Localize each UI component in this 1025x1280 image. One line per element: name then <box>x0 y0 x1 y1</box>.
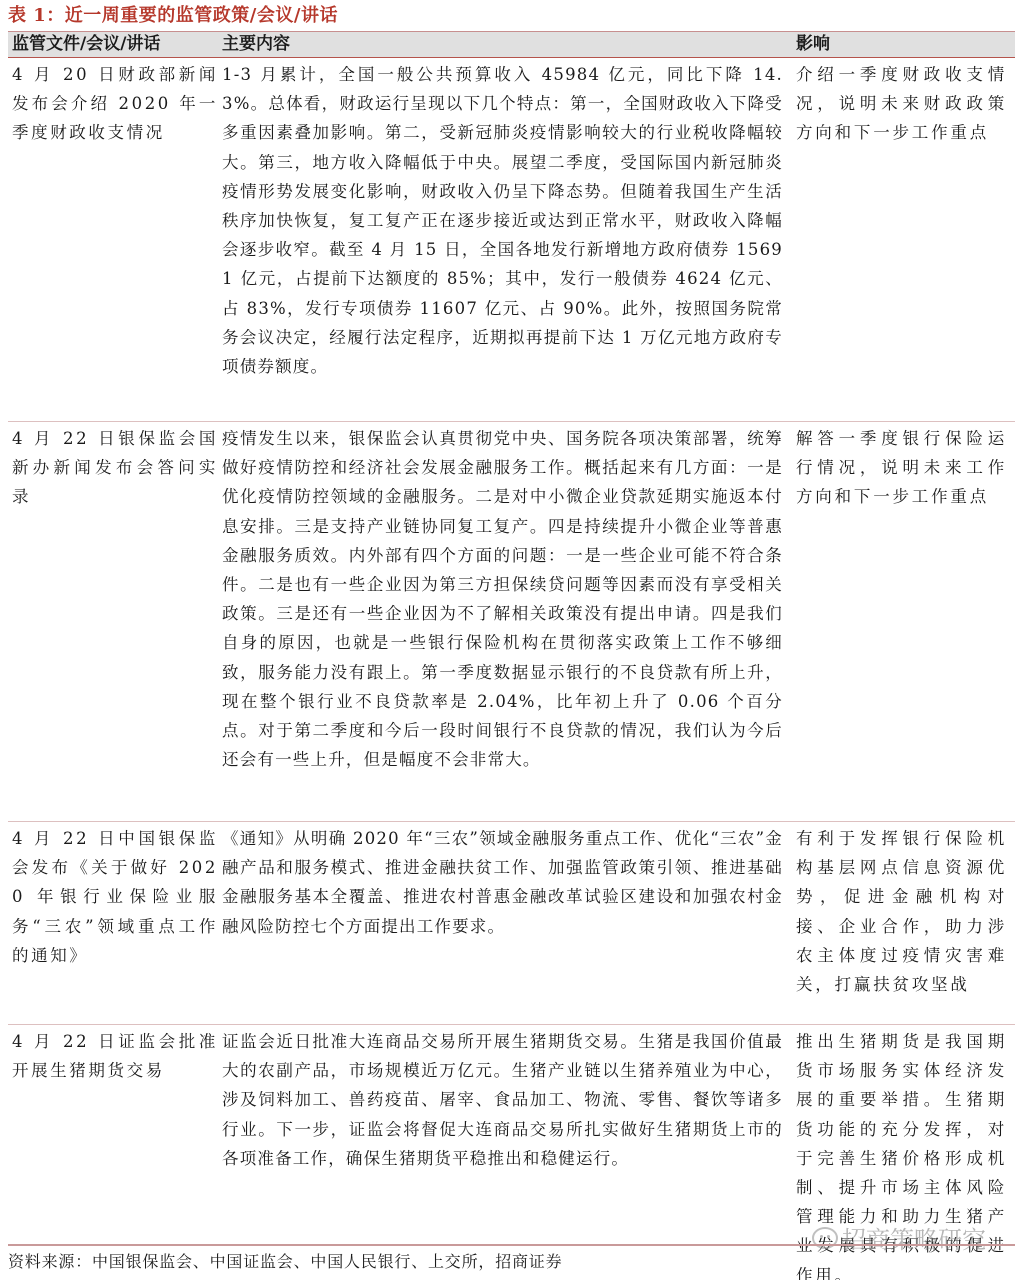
cell-impact: 有利于发挥银行保险机构基层网点信息资源优势，促进金融机构对接、企业合作，助力涉农… <box>791 824 1015 1024</box>
cell-document: 4 月 22 日中国银保监会发布《关于做好 2020 年银行业保险业服务“三农”… <box>8 824 218 1024</box>
divider <box>8 1244 1015 1246</box>
table-row: 4 月 22 日银保监会国新办新闻发布会答问实录 疫情发生以来，银保监会认真贯彻… <box>8 422 1015 822</box>
header-content: 主要内容 <box>218 32 791 57</box>
watermark: 招商策略研究 <box>812 1220 986 1255</box>
table-header: 监管文件/会议/讲话 主要内容 影响 <box>8 32 1015 58</box>
table-row: 4 月 20 日财政部新闻发布会介绍 2020 年一季度财政收支情况 1-3 月… <box>8 58 1015 422</box>
cell-impact: 介绍一季度财政收支情况，说明未来财政政策方向和下一步工作重点 <box>791 60 1015 421</box>
policy-table: 监管文件/会议/讲话 主要内容 影响 4 月 20 日财政部新闻发布会介绍 20… <box>8 31 1015 1270</box>
cell-document: 4 月 22 日证监会批准开展生猪期货交易 <box>8 1027 218 1270</box>
table-row: 4 月 22 日中国银保监会发布《关于做好 2020 年银行业保险业服务“三农”… <box>8 822 1015 1025</box>
cell-content: 疫情发生以来，银保监会认真贯彻党中央、国务院各项决策部署，统筹做好疫情防控和经济… <box>218 424 791 821</box>
header-impact: 影响 <box>791 32 1015 57</box>
cell-document: 4 月 20 日财政部新闻发布会介绍 2020 年一季度财政收支情况 <box>8 60 218 421</box>
table-title: 表 1：近一周重要的监管政策/会议/讲话 <box>8 4 338 28</box>
cell-content: 证监会近日批准大连商品交易所开展生猪期货交易。生猪是我国价值最大的农副产品，市场… <box>218 1027 791 1270</box>
cell-content: 1-3 月累计，全国一般公共预算收入 45984 亿元，同比下降 14.3%。总… <box>218 60 791 421</box>
header-document: 监管文件/会议/讲话 <box>8 32 218 57</box>
cell-content: 《通知》从明确 2020 年“三农”领域金融服务重点工作、优化“三农”金融产品和… <box>218 824 791 1024</box>
source-note: 资料来源：中国银保监会、中国证监会、中国人民银行、上交所，招商证券 <box>8 1250 562 1274</box>
watermark-text: 招商策略研究 <box>842 1220 986 1255</box>
cell-impact: 解答一季度银行保险运行情况，说明未来工作方向和下一步工作重点 <box>791 424 1015 821</box>
cell-document: 4 月 22 日银保监会国新办新闻发布会答问实录 <box>8 424 218 821</box>
